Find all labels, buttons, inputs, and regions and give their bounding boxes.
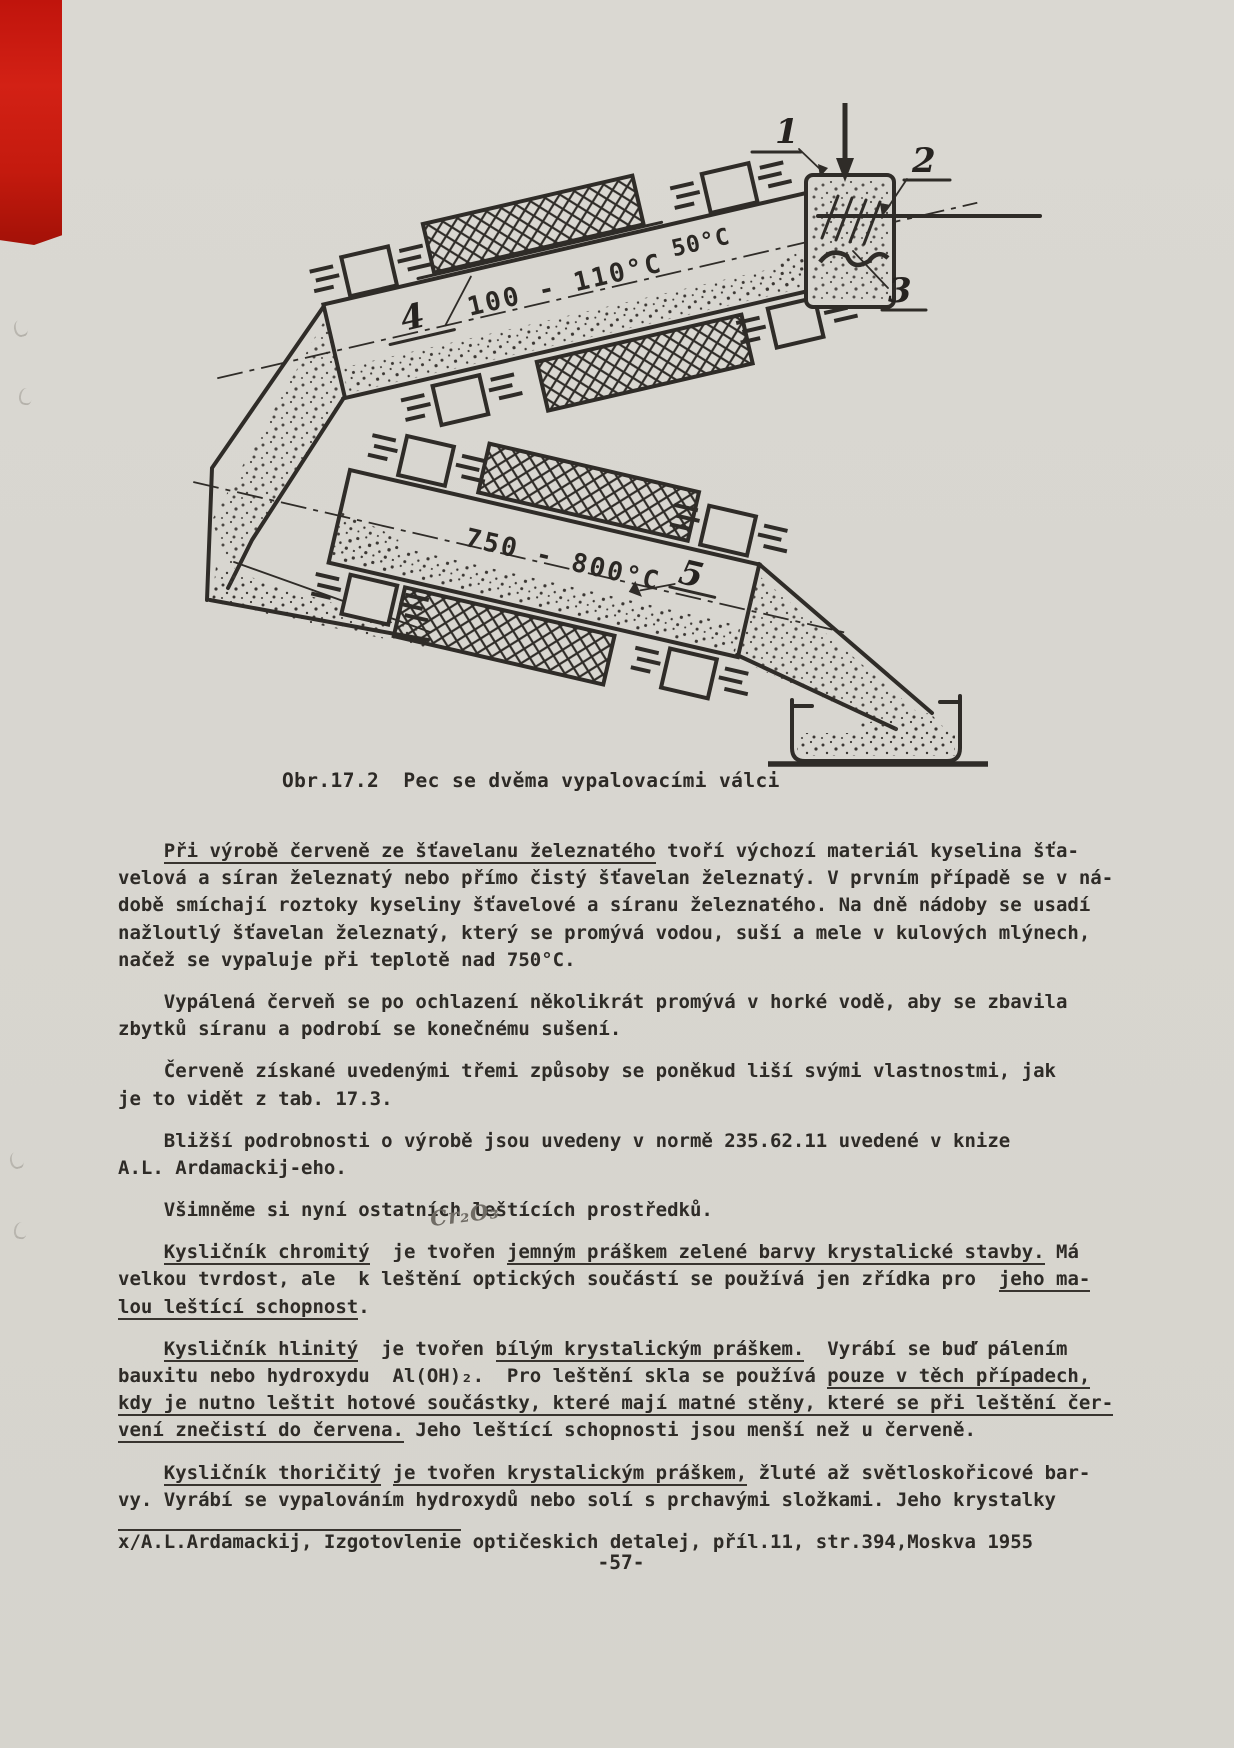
text-segment (118, 1241, 164, 1263)
text-segment: pouze v těch případech, (827, 1365, 1090, 1389)
text-segment: Červeně získané uvedenými třemi způsoby … (118, 1060, 1056, 1082)
text-line: vy. Vyrábí se vypalováním hydroxydů nebo… (118, 1487, 1178, 1514)
text-segment: Při výrobě červeně ze šťavelanu železnat… (164, 840, 656, 864)
text-line: době smíchají roztoky kyseliny šťavelové… (118, 892, 1178, 919)
paragraph: Červeně získané uvedenými třemi způsoby … (118, 1058, 1178, 1112)
text-segment: A.L. Ardamackij-eho. (118, 1157, 347, 1179)
text-segment: jeho ma- (999, 1268, 1091, 1292)
text-line: A.L. Ardamackij-eho. (118, 1155, 1178, 1182)
text-line: velkou tvrdost, ale k leštění optických … (118, 1266, 1178, 1293)
text-segment (118, 1462, 164, 1484)
text-line: je to vidět z tab. 17.3. (118, 1086, 1178, 1113)
text-segment: vení znečistí do červena. (118, 1419, 404, 1443)
text-segment: tvoří výchozí materiál kyselina šťa- (656, 840, 1079, 862)
paragraph: Vypálená červeň se po ochlazení několikr… (118, 989, 1178, 1043)
text-segment (118, 1338, 164, 1360)
text-segment: žluté až světloskořicové bar- (747, 1462, 1090, 1484)
text-segment (381, 1462, 392, 1484)
text-segment: Kysličník chromitý (164, 1241, 370, 1265)
text-line: velová a síran železnatý nebo přímo čist… (118, 865, 1178, 892)
figure-label-3: 3 (888, 271, 912, 311)
text-segment: Všimněme si nyní ostatních leštících pro… (118, 1199, 713, 1221)
text-segment: Vypálená červeň se po ochlazení několikr… (118, 991, 1067, 1013)
text-segment: jemným práškem zelené barvy krystalické … (507, 1241, 1045, 1265)
text-line: Bližší podrobnosti o výrobě jsou uvedeny… (118, 1128, 1178, 1155)
text-line: Červeně získané uvedenými třemi způsoby … (118, 1058, 1178, 1085)
text-line: Kysličník thoričitý je tvořen krystalick… (118, 1460, 1178, 1487)
text-line: lou leštící schopnost. (118, 1294, 1178, 1321)
text-line: Kysličník chromitý je tvořen jemným práš… (118, 1239, 1178, 1266)
text-segment: Bližší podrobnosti o výrobě jsou uvedeny… (118, 1130, 1010, 1152)
text-segment: je tvořen (370, 1241, 507, 1263)
text-line: kdy je nutno leštit hotové součástky, kt… (118, 1390, 1178, 1417)
text-segment: x/A.L.Ardamackij, Izgotovlenie (118, 1529, 461, 1553)
text-line: Všimněme si nyní ostatních leštících pro… (118, 1197, 1178, 1224)
text-segment: je to vidět z tab. 17.3. (118, 1088, 393, 1110)
text-line: zbytků síranu a podrobí se konečnému suš… (118, 1016, 1178, 1043)
text-segment: době smíchají roztoky kyseliny šťavelové… (118, 894, 1090, 916)
text-segment: Kysličník hlinitý (164, 1338, 358, 1362)
feed-hopper (806, 103, 1040, 307)
paragraph: Kysličník thoričitý je tvořen krystalick… (118, 1460, 1178, 1514)
paragraph: Při výrobě červeně ze šťavelanu železnat… (118, 838, 1178, 974)
text-segment: bauxitu nebo hydroxydu Al(OH)₂. Pro lešt… (118, 1365, 827, 1387)
text-line: Při výrobě červeně ze šťavelanu železnat… (118, 838, 1178, 865)
figure-caption: Obr.17.2 Pec se dvěma vypalovacími válci (282, 769, 780, 793)
text-segment: kdy je nutno leštit hotové součástky, kt… (118, 1392, 1113, 1416)
text-segment: je tvořen (358, 1338, 495, 1360)
text-line: nažloutlý šťavelan železnatý, který se p… (118, 920, 1178, 947)
text-segment: velkou tvrdost, ale k leštění optických … (118, 1268, 999, 1290)
text-line: bauxitu nebo hydroxydu Al(OH)₂. Pro lešt… (118, 1363, 1178, 1390)
text-segment: Má (1045, 1241, 1079, 1263)
paragraph: Bližší podrobnosti o výrobě jsou uvedeny… (118, 1128, 1178, 1182)
text-segment: Kysličník thoričitý (164, 1462, 381, 1486)
body-text: Při výrobě červeně ze šťavelanu železnat… (118, 838, 1178, 1556)
text-segment: . (358, 1296, 369, 1318)
figure-label-2: 2 (911, 141, 936, 181)
text-segment: Jeho leštící schopnosti jsou menší než u… (404, 1419, 976, 1441)
figure-label-1: 1 (775, 112, 799, 152)
paragraph: Všimněme si nyní ostatních leštících pro… (118, 1197, 1178, 1224)
text-segment: optičeskich detalej, příl.11, str.394,Mo… (461, 1531, 1033, 1553)
text-segment: bílým krystalickým práškem. (496, 1338, 805, 1362)
text-line: načež se vypaluje při teplotě nad 750°C. (118, 947, 1178, 974)
text-segment (118, 840, 164, 862)
text-segment: velová a síran železnatý nebo přímo čist… (118, 867, 1113, 889)
text-segment: načež se vypaluje při teplotě nad 750°C. (118, 949, 576, 971)
text-segment: vy. Vyrábí se vypalováním hydroxydů nebo… (118, 1489, 1056, 1511)
text-line: Kysličník hlinitý je tvořen bílým krysta… (118, 1336, 1178, 1363)
text-line: vení znečistí do červena. Jeho leštící s… (118, 1417, 1178, 1444)
discharge-chute (737, 564, 932, 729)
paragraph: Kysličník hlinitý je tvořen bílým krysta… (118, 1336, 1178, 1445)
paragraph: Kysličník chromitý je tvořen jemným práš… (118, 1239, 1178, 1321)
text-segment: Vyrábí se buď pálením (804, 1338, 1067, 1360)
text-segment: je tvořen krystalickým práškem, (393, 1462, 748, 1486)
text-segment: lou leštící schopnost (118, 1296, 358, 1320)
text-line: Vypálená červeň se po ochlazení několikr… (118, 989, 1178, 1016)
text-segment: zbytků síranu a podrobí se konečnému suš… (118, 1018, 621, 1040)
page-number: -57- (118, 1551, 1124, 1574)
scanned-page: 100 - 110°C 50°C 4 1 2 3 (0, 0, 1234, 1748)
text-segment: nažloutlý šťavelan železnatý, který se p… (118, 922, 1090, 944)
